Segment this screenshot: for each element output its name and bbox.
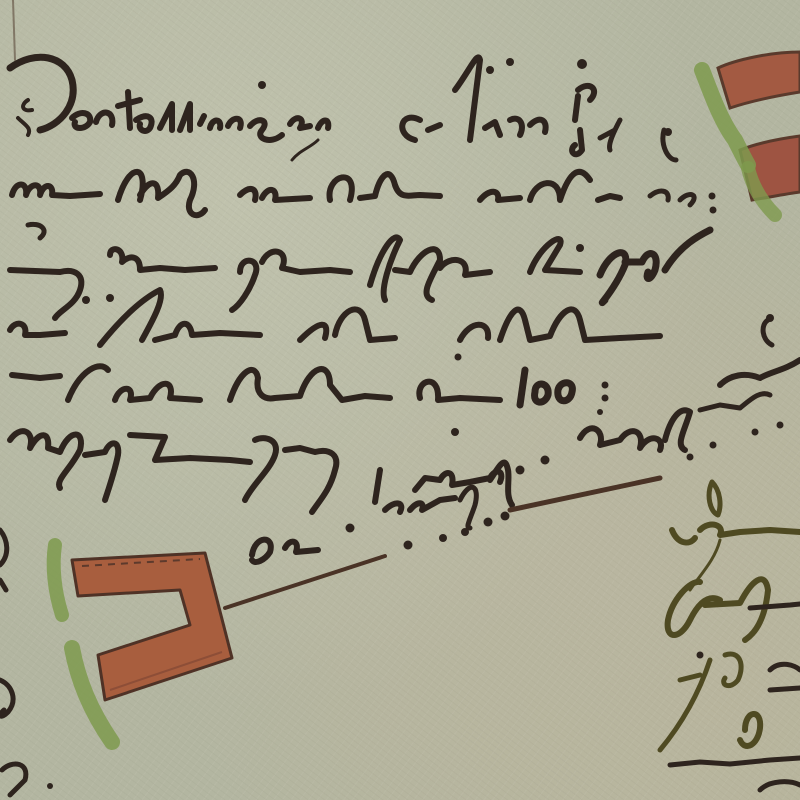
- right-note-1: Segen: [670, 520, 746, 548]
- text-line-6: Leben verlassen: [10, 435, 241, 468]
- text-line-5: ... von der berghöhe von 100:: [10, 375, 429, 408]
- text-line-1: Pestollinger Schurffs: [20, 95, 380, 135]
- right-note-2: hoffe: [670, 590, 731, 618]
- manuscript-photo: Pestollinger Schurffs mundloch von desse…: [0, 0, 800, 800]
- margin-number-left: 5: [15, 85, 28, 109]
- adit-symbol-upper-right: [702, 52, 800, 215]
- text-line-4: weiß ... welche Pesschen: [10, 310, 363, 343]
- text-line-7: Pestollinger berg ...: [400, 430, 660, 460]
- right-note-3: ist: [680, 660, 710, 688]
- text-line-3: ung man gleichfahls ligt 46: [10, 245, 398, 278]
- adit-symbol-lower-left: [54, 545, 385, 742]
- text-line-8: der Pestollinger ...: [250, 505, 493, 535]
- left-margin-fragments: [0, 530, 53, 795]
- text-line-2: mundloch von dessen aufsch-: [10, 175, 428, 208]
